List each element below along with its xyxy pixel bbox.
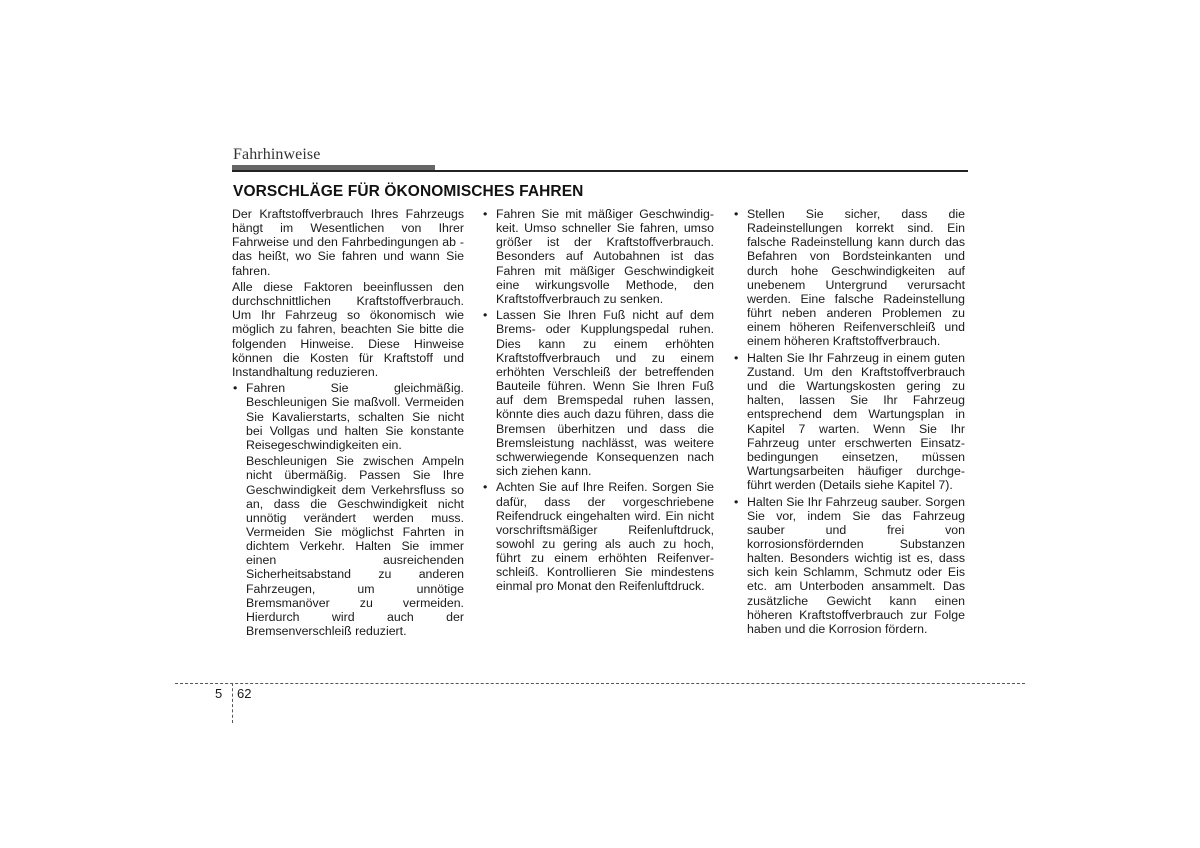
intro-paragraph-2: Alle diese Faktoren beeinflussen den dur… xyxy=(232,280,464,379)
bullet-icon: • xyxy=(734,207,738,221)
bullet-text: Fahren Sie mit mäßiger Geschwindig-keit.… xyxy=(496,207,714,306)
bullet-item: • Halten Sie Ihr Fahrzeug in einem guten… xyxy=(733,351,965,493)
bullet-icon: • xyxy=(734,351,738,365)
bullet-item: • Achten Sie auf Ihre Reifen. Sorgen Sie… xyxy=(482,480,714,593)
bullet-text: Stellen Sie sicher, dass die Radeinstell… xyxy=(747,207,965,348)
bullet-continuation: Beschleunigen Sie zwischen Ampeln nicht … xyxy=(232,454,464,638)
section-title: VORSCHLÄGE FÜR ÖKONOMISCHES FAHREN xyxy=(233,183,583,201)
text-column-1: Der Kraftstoffverbrauch Ihres Fahrzeugs … xyxy=(232,207,464,640)
bullet-item: • Lassen Sie Ihren Fuß nicht auf dem Bre… xyxy=(482,308,714,478)
page-header-title: Fahrhinweise xyxy=(233,146,320,164)
footer-dashed-divider xyxy=(232,683,233,723)
bullet-item: • Stellen Sie sicher, dass die Radeinste… xyxy=(733,207,965,349)
bullet-text: Halten Sie Ihr Fahrzeug sauber. Sorgen S… xyxy=(747,495,965,636)
bullet-text: Lassen Sie Ihren Fuß nicht auf dem Brems… xyxy=(496,308,714,478)
intro-paragraph-1: Der Kraftstoffverbrauch Ihres Fahrzeugs … xyxy=(232,207,464,278)
bullet-item: • Fahren Sie mit mäßiger Geschwindig-kei… xyxy=(482,207,714,306)
bullet-text: Achten Sie auf Ihre Reifen. Sorgen Sie d… xyxy=(496,480,714,593)
bullet-text: Fahren Sie gleichmäßig. Beschleunigen Si… xyxy=(246,381,464,452)
text-column-3: • Stellen Sie sicher, dass die Radeinste… xyxy=(733,207,965,638)
bullet-icon: • xyxy=(483,480,487,494)
bullet-item: • Halten Sie Ihr Fahrzeug sauber. Sorgen… xyxy=(733,495,965,637)
bullet-icon: • xyxy=(734,495,738,509)
text-column-2: • Fahren Sie mit mäßiger Geschwindig-kei… xyxy=(482,207,714,596)
chapter-number: 5 xyxy=(215,686,222,701)
bullet-icon: • xyxy=(233,381,237,395)
page-number: 62 xyxy=(237,686,251,701)
bullet-item: • Fahren Sie gleichmäßig. Beschleunigen … xyxy=(232,381,464,452)
bullet-icon: • xyxy=(483,207,487,221)
bullet-text: Halten Sie Ihr Fahrzeug in einem guten Z… xyxy=(747,351,965,492)
bullet-icon: • xyxy=(483,308,487,322)
header-rule xyxy=(232,170,968,172)
footer-dashed-rule xyxy=(175,683,1025,684)
